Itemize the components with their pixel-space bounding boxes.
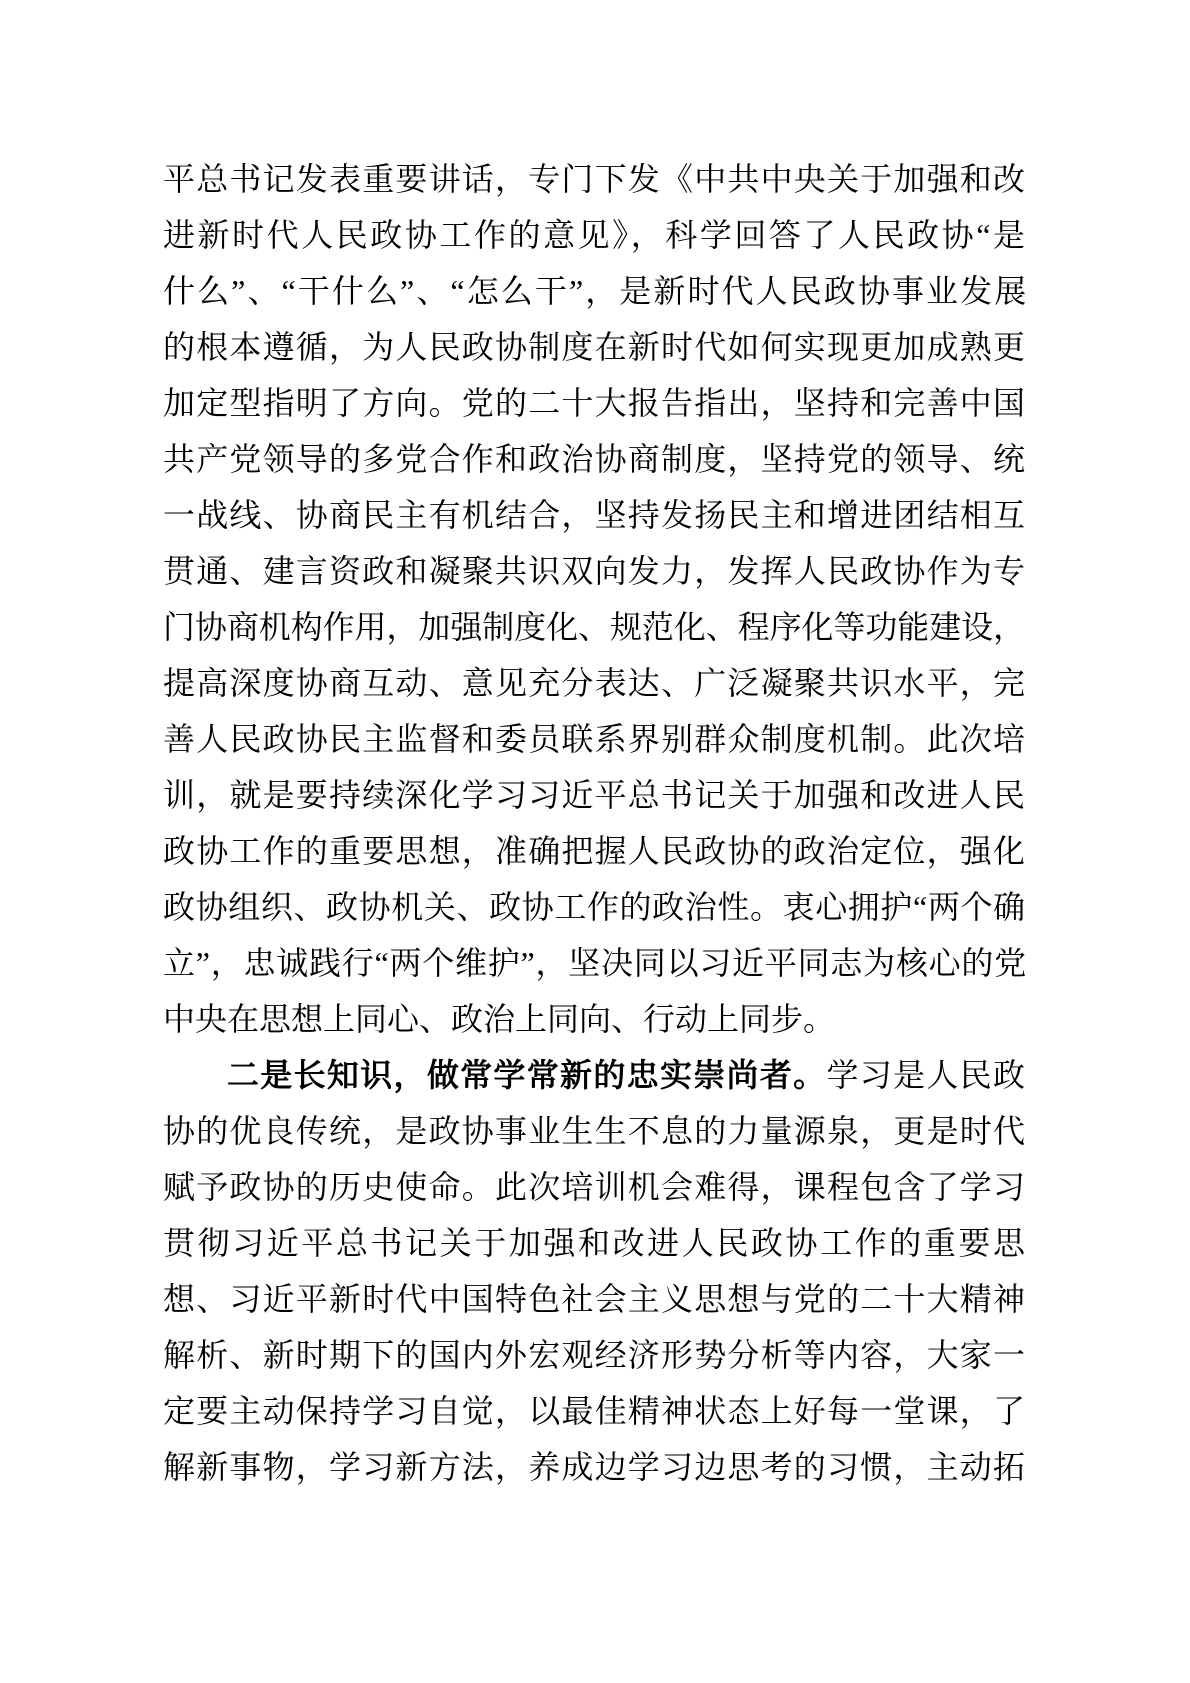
bold-text-segment: 二是长知识，做常学常新的忠实崇尚者。 <box>227 1057 826 1093</box>
text-segment: 的根本遵循，为人民政协制度在新时代如何实现更加成熟更 <box>163 329 1025 365</box>
text-segment: 想、习近平新时代中国特色社会主义思想与党的二十大精神 <box>163 1281 1025 1317</box>
document-page: 平总书记发表重要讲话，专门下发《中共中央关于加强和改进新时代人民政协工作的意见》… <box>0 0 1190 1683</box>
text-segment: 中央在思想上同心、政治上同向、行动上同步。 <box>163 1001 835 1037</box>
text-line: 二是长知识，做常学常新的忠实崇尚者。学习是人民政 <box>163 1047 1025 1103</box>
document-body: 平总书记发表重要讲话，专门下发《中共中央关于加强和改进新时代人民政协工作的意见》… <box>163 151 1025 1495</box>
text-line: 政协组织、政协机关、政协工作的政治性。衷心拥护“两个确 <box>163 879 1025 935</box>
text-line: 提高深度协商互动、意见充分表达、广泛凝聚共识水平，完 <box>163 655 1025 711</box>
text-segment: 协的优良传统，是政协事业生生不息的力量源泉，更是时代 <box>163 1113 1025 1149</box>
text-segment: 定要主动保持学习自觉，以最佳精神状态上好每一堂课，了 <box>163 1393 1025 1429</box>
text-line: 协的优良传统，是政协事业生生不息的力量源泉，更是时代 <box>163 1103 1025 1159</box>
text-segment: 政协组织、政协机关、政协工作的政治性。衷心拥护“两个确 <box>163 889 1025 925</box>
text-line: 平总书记发表重要讲话，专门下发《中共中央关于加强和改 <box>163 151 1025 207</box>
text-segment: 加定型指明了方向。党的二十大报告指出，坚持和完善中国 <box>163 385 1025 421</box>
text-line: 立”，忠诚践行“两个维护”，坚决同以习近平同志为核心的党 <box>163 935 1025 991</box>
text-segment: 解新事物，学习新方法，养成边学习边思考的习惯，主动拓 <box>163 1449 1025 1485</box>
text-line: 什么”、“干什么”、“怎么干”，是新时代人民政协事业发展 <box>163 263 1025 319</box>
text-segment: 贯通、建言资政和凝聚共识双向发力，发挥人民政协作为专 <box>163 553 1025 589</box>
text-line: 贯彻习近平总书记关于加强和改进人民政协工作的重要思 <box>163 1215 1025 1271</box>
text-line: 一战线、协商民主有机结合，坚持发扬民主和增进团结相互 <box>163 487 1025 543</box>
text-line: 加定型指明了方向。党的二十大报告指出，坚持和完善中国 <box>163 375 1025 431</box>
text-segment: 学习是人民政 <box>826 1057 1025 1093</box>
text-line: 定要主动保持学习自觉，以最佳精神状态上好每一堂课，了 <box>163 1383 1025 1439</box>
text-segment: 立”，忠诚践行“两个维护”，坚决同以习近平同志为核心的党 <box>163 945 1025 981</box>
text-segment: 提高深度协商互动、意见充分表达、广泛凝聚共识水平，完 <box>163 665 1025 701</box>
text-line: 进新时代人民政协工作的意见》，科学回答了人民政协“是 <box>163 207 1025 263</box>
text-line: 政协工作的重要思想，准确把握人民政协的政治定位，强化 <box>163 823 1025 879</box>
text-segment: 进新时代人民政协工作的意见》，科学回答了人民政协“是 <box>163 217 1025 253</box>
text-segment: 平总书记发表重要讲话，专门下发《中共中央关于加强和改 <box>163 161 1025 197</box>
text-line: 中央在思想上同心、政治上同向、行动上同步。 <box>163 991 1025 1047</box>
text-segment: 贯彻习近平总书记关于加强和改进人民政协工作的重要思 <box>163 1225 1025 1261</box>
text-line: 门协商机构作用，加强制度化、规范化、程序化等功能建设， <box>163 599 1025 655</box>
text-line: 想、习近平新时代中国特色社会主义思想与党的二十大精神 <box>163 1271 1025 1327</box>
text-line: 共产党领导的多党合作和政治协商制度，坚持党的领导、统 <box>163 431 1025 487</box>
text-segment: 赋予政协的历史使命。此次培训机会难得，课程包含了学习 <box>163 1169 1025 1205</box>
text-segment: 一战线、协商民主有机结合，坚持发扬民主和增进团结相互 <box>163 497 1025 533</box>
text-line: 训，就是要持续深化学习习近平总书记关于加强和改进人民 <box>163 767 1025 823</box>
text-line: 赋予政协的历史使命。此次培训机会难得，课程包含了学习 <box>163 1159 1025 1215</box>
text-line: 的根本遵循，为人民政协制度在新时代如何实现更加成熟更 <box>163 319 1025 375</box>
text-segment: 什么”、“干什么”、“怎么干”，是新时代人民政协事业发展 <box>163 273 1025 309</box>
text-segment: 解析、新时期下的国内外宏观经济形势分析等内容，大家一 <box>163 1337 1025 1373</box>
text-segment: 政协工作的重要思想，准确把握人民政协的政治定位，强化 <box>163 833 1025 869</box>
text-segment: 门协商机构作用，加强制度化、规范化、程序化等功能建设， <box>163 609 1025 645</box>
text-line: 解析、新时期下的国内外宏观经济形势分析等内容，大家一 <box>163 1327 1025 1383</box>
text-segment: 训，就是要持续深化学习习近平总书记关于加强和改进人民 <box>163 777 1025 813</box>
text-segment: 善人民政协民主监督和委员联系界别群众制度机制。此次培 <box>163 721 1025 757</box>
text-line: 贯通、建言资政和凝聚共识双向发力，发挥人民政协作为专 <box>163 543 1025 599</box>
text-line: 解新事物，学习新方法，养成边学习边思考的习惯，主动拓 <box>163 1439 1025 1495</box>
text-segment: 共产党领导的多党合作和政治协商制度，坚持党的领导、统 <box>163 441 1025 477</box>
text-line: 善人民政协民主监督和委员联系界别群众制度机制。此次培 <box>163 711 1025 767</box>
